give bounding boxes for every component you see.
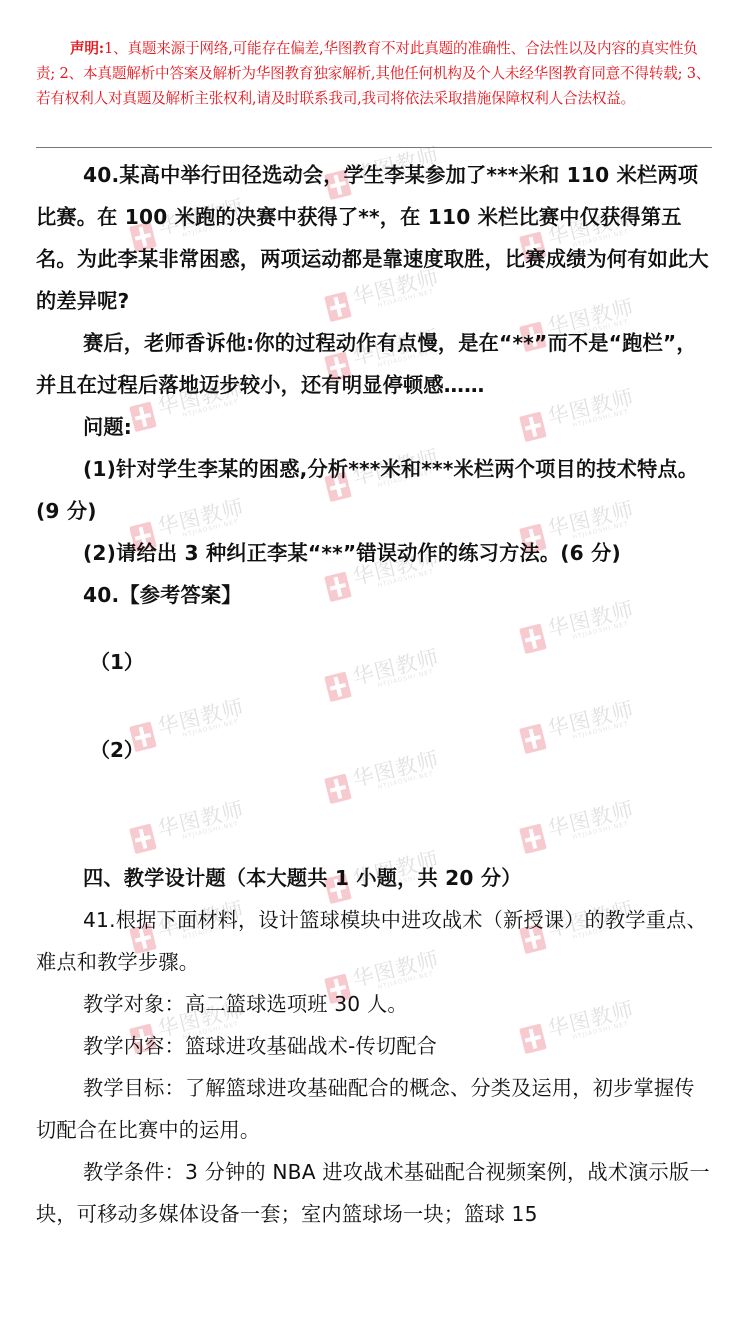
document-page: 华图教师HTJIAOSHI.NET 华图教师HTJIAOSHI.NET 华图教师… [0,0,748,1335]
huatu-logo-icon [519,724,547,755]
answer-2-label: （2） [90,734,144,763]
huatu-logo-icon [324,672,352,703]
huatu-logo-icon [129,824,157,855]
question-40-context: 赛后，老师香诉他:你的过程动作有点慢，是在“**”而不是“跑栏”，并且在过程后落… [36,322,714,406]
answer-header: 40.【参考答案】 [36,574,714,616]
disclaimer-text: 1、真题来源于网络,可能存在偏差,华图教育不对此真题的准确性、合法性以及内容的真… [36,40,710,107]
watermark: 华图教师HTJIAOSHI.NET [126,684,255,762]
questions-label: 问题: [36,406,714,448]
huatu-logo-icon [324,774,352,805]
question-40-part-2: (2)请给出 3 种纠正李某“**”错误动作的练习方法。(6 分) [36,532,714,574]
question-40-part-1: (1)针对学生李某的困惑,分析***米和***米栏两个项目的技术特点。(9 分) [36,448,714,532]
huatu-logo-icon [519,824,547,855]
teaching-goal: 教学目标：了解篮球进攻基础配合的概念、分类及运用，初步掌握传切配合在比赛中的运用… [36,1067,714,1151]
answer-1-label: （1） [90,646,144,675]
section-4-heading: 四、教学设计题（本大题共 1 小题，共 20 分） [36,857,714,899]
divider [36,147,712,148]
watermark: 华图教师HTJIAOSHI.NET [321,736,450,814]
teaching-conditions: 教学条件：3 分钟的 NBA 进攻战术基础配合视频案例，战术演示版一块，可移动多… [36,1151,714,1235]
watermark: 华图教师HTJIAOSHI.NET [516,686,645,764]
teaching-target: 教学对象：高二篮球选项班 30 人。 [36,983,714,1025]
watermark: 华图教师HTJIAOSHI.NET [516,786,645,864]
question-41-stem: 41.根据下面材料，设计篮球模块中进攻战术（新授课）的教学重点、难点和教学步骤。 [36,899,714,983]
teaching-content: 教学内容：篮球进攻基础战术-传切配合 [36,1025,714,1067]
watermark: 华图教师HTJIAOSHI.NET [321,634,450,712]
huatu-logo-icon [519,624,547,655]
watermark: 华图教师HTJIAOSHI.NET [126,786,255,864]
disclaimer-lead: 声明: [70,40,104,57]
disclaimer: 声明:1、真题来源于网络,可能存在偏差,华图教育不对此真题的准确性、合法性以及内… [36,36,712,111]
question-40-stem: 40.某高中举行田径选动会，学生李某参加了***米和 110 米栏两项比赛。在 … [36,154,714,322]
